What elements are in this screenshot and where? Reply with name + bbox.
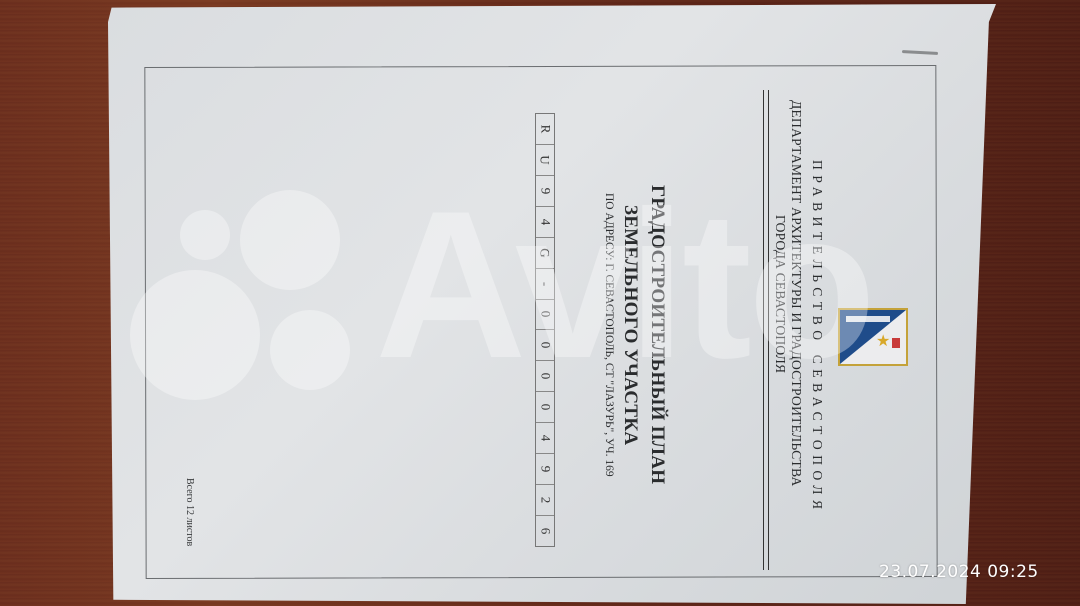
code-char-cell: 4	[536, 423, 554, 454]
code-char: 9	[537, 466, 553, 473]
code-char-cell: 6	[536, 516, 554, 546]
code-char: 2	[537, 497, 553, 504]
avito-logo-dots-icon	[120, 190, 360, 400]
code-char-cell: 9	[536, 454, 554, 485]
photo-timestamp: 23.07.2024 09:25	[879, 562, 1039, 582]
code-char: 4	[537, 435, 553, 442]
medal-ribbon-icon	[892, 338, 900, 348]
code-char: U	[537, 155, 553, 164]
star-icon: ★	[876, 334, 890, 350]
code-char-cell: R	[536, 114, 554, 145]
avito-watermark: Avito	[375, 180, 872, 390]
code-char: 0	[537, 404, 553, 411]
sheets-total: Всего 12 листов	[184, 478, 195, 546]
code-char: R	[537, 125, 553, 134]
code-char-cell: 2	[536, 485, 554, 516]
code-char: 6	[537, 528, 553, 535]
